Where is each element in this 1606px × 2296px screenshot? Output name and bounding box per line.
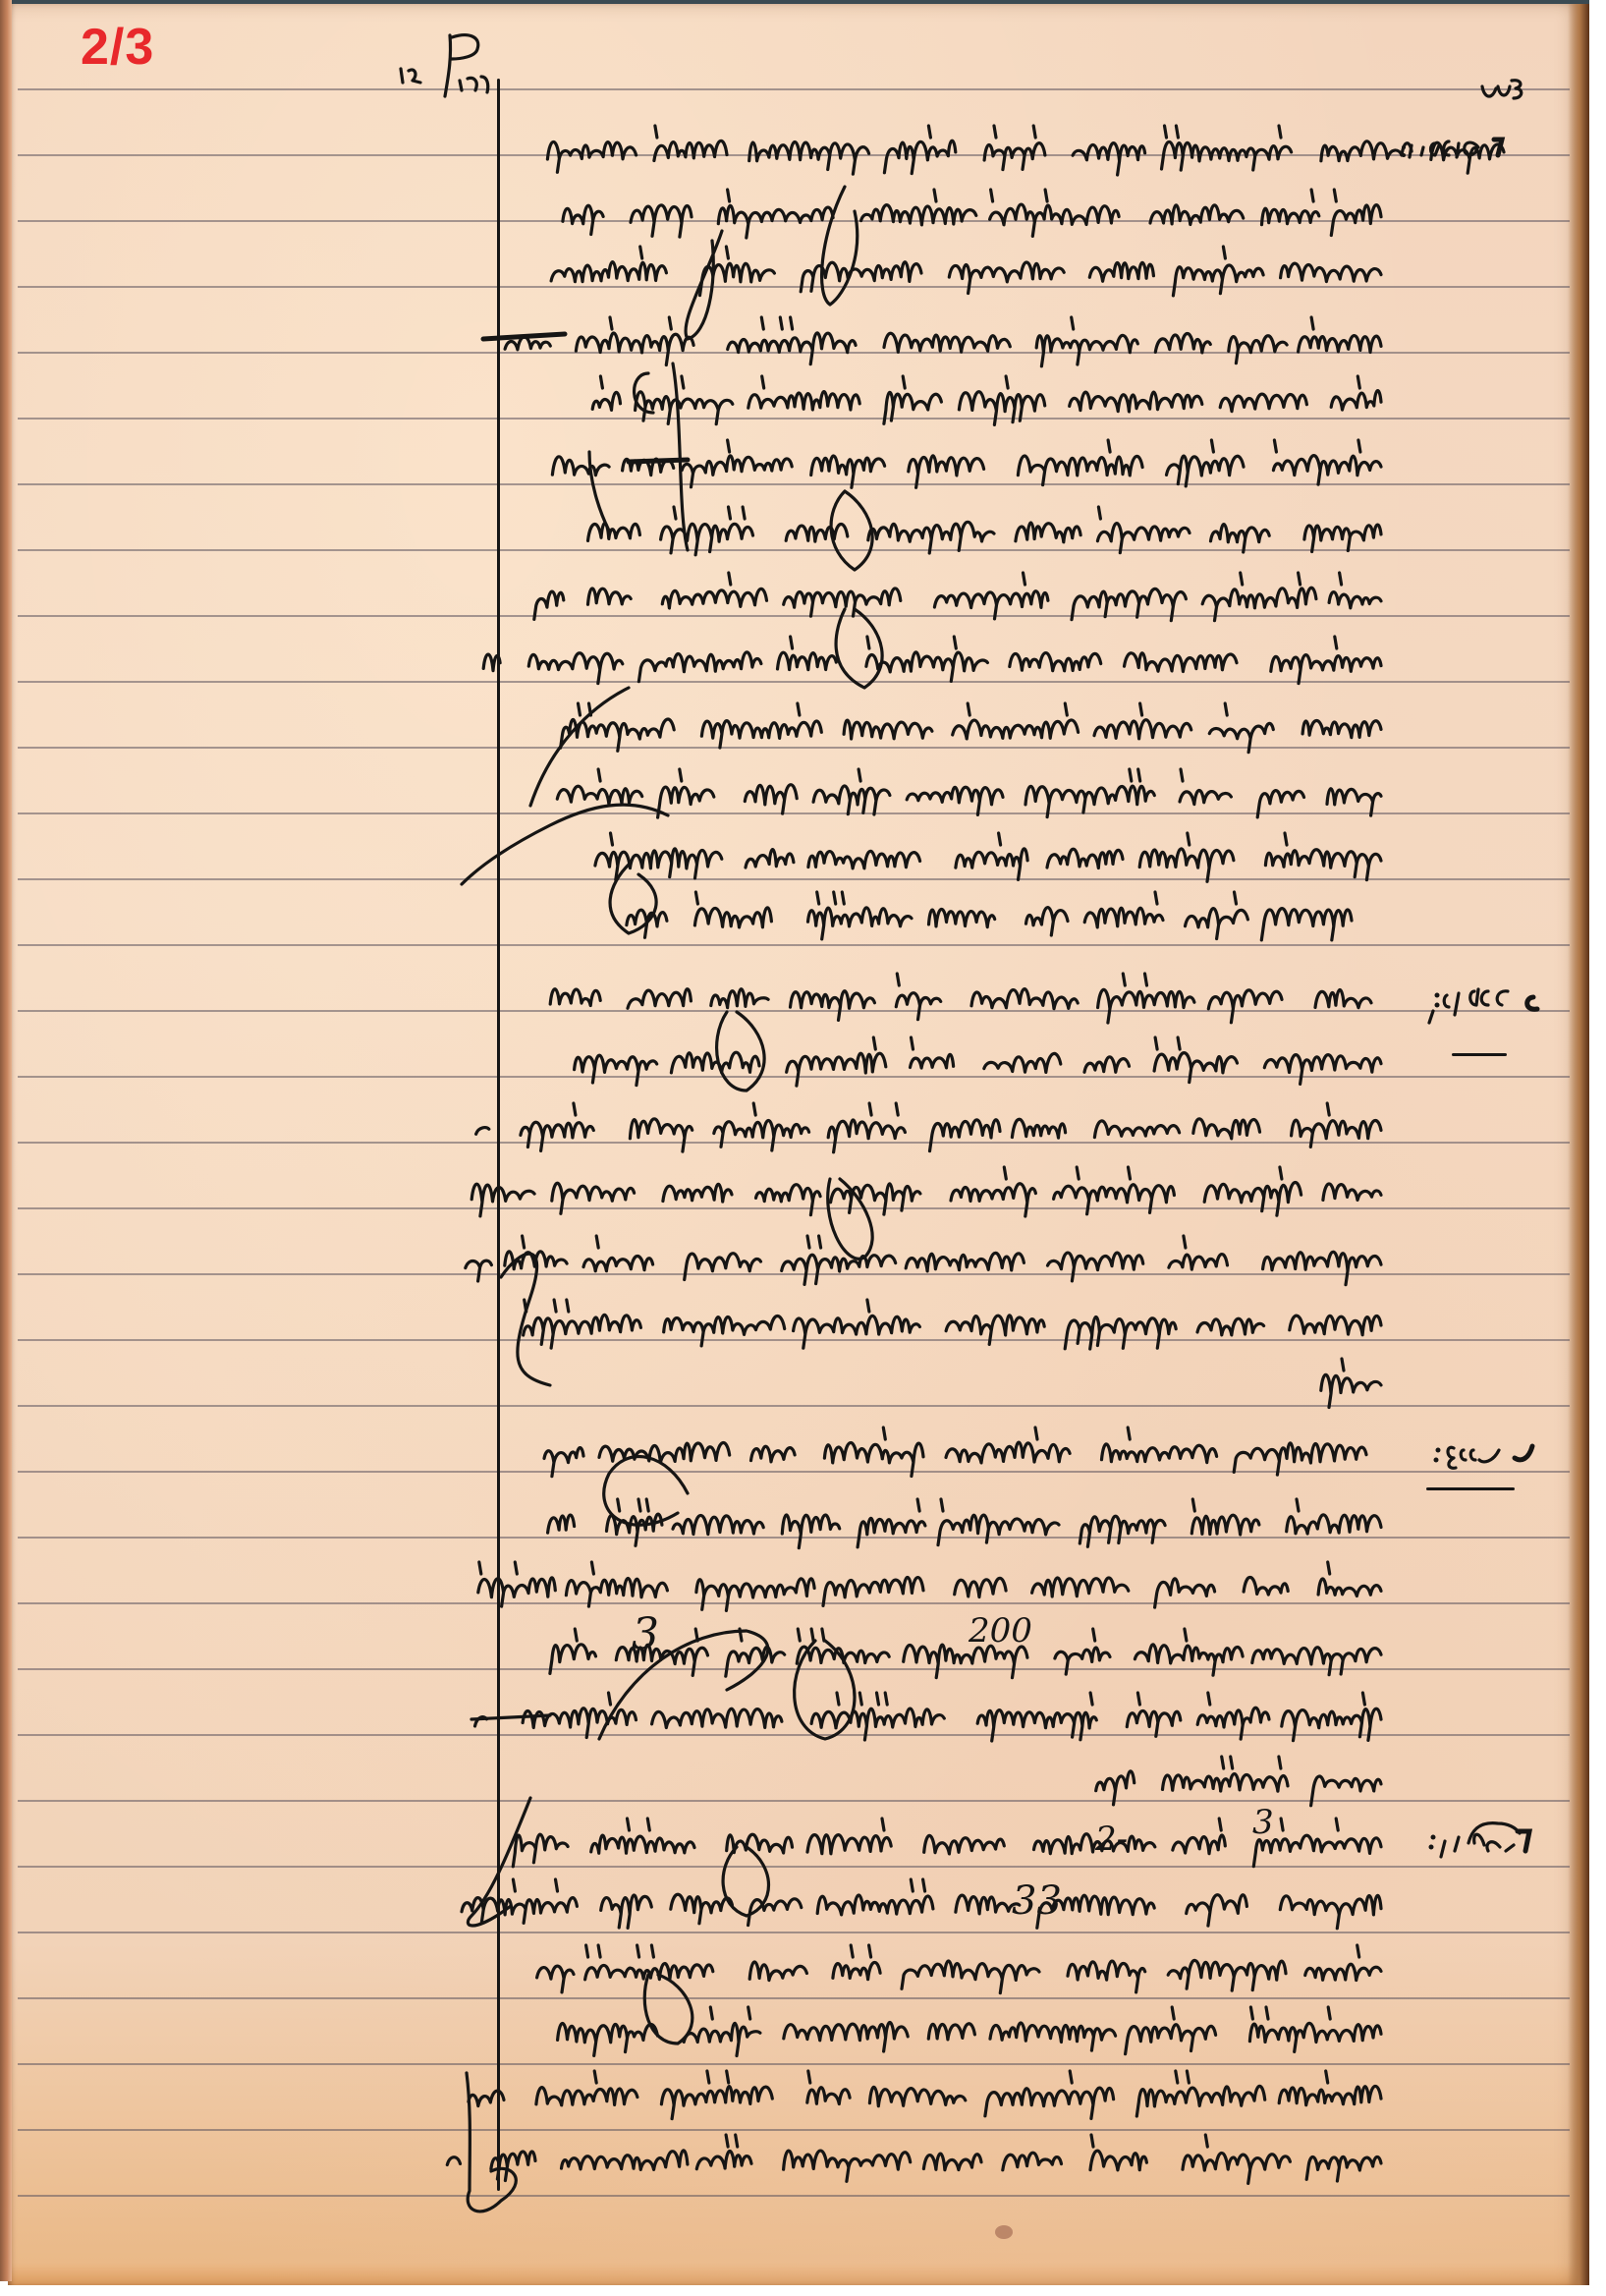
handwritten-line	[471, 1228, 1385, 1287]
numeral-2-in-text: 2-	[1095, 1820, 1128, 1859]
handwritten-line	[471, 1554, 1385, 1613]
paper-stain	[995, 2225, 1013, 2239]
handwritten-line	[471, 1159, 1385, 1218]
handwritten-line	[462, 1872, 1385, 1931]
handwritten-line	[570, 1030, 1385, 1089]
handwritten-line	[530, 1937, 1385, 1996]
page-left-binding	[0, 0, 12, 2281]
handwritten-line	[462, 2063, 1385, 2122]
handwritten-line	[550, 239, 1385, 298]
handwritten-line	[452, 2127, 1385, 2186]
handwritten-line	[501, 309, 1385, 368]
numeral-33-in-text: 33	[1012, 1878, 1062, 1924]
ruled-line	[18, 2195, 1570, 2197]
handwritten-line	[1090, 1749, 1385, 1808]
handwritten-line	[589, 825, 1385, 884]
handwritten-line	[550, 1491, 1385, 1550]
header-number-mark	[1478, 77, 1527, 106]
handwritten-line	[550, 1621, 1385, 1680]
handwritten-line	[550, 1999, 1385, 2058]
handwritten-line	[471, 1095, 1385, 1154]
section-3-margin-label	[1375, 1434, 1542, 1487]
ruled-line	[18, 944, 1570, 946]
numeral-3-in-text: 3	[632, 1609, 659, 1659]
handwritten-line	[530, 565, 1385, 624]
handwritten-line	[589, 368, 1385, 427]
handwritten-line	[560, 182, 1385, 241]
handwritten-line	[550, 761, 1385, 820]
numeral-200-in-text: 200	[969, 1611, 1032, 1651]
handwritten-line	[550, 118, 1508, 177]
handwritten-line	[550, 499, 1385, 558]
handwritten-line	[550, 696, 1385, 755]
handwritten-line	[1306, 1351, 1385, 1410]
handwritten-line	[501, 1292, 1385, 1351]
handwritten-line	[550, 966, 1375, 1025]
numeral-3-boxed-in-text: 3	[1252, 1803, 1274, 1842]
section-2-label-underline	[1452, 1053, 1507, 1056]
header-signature	[391, 29, 499, 98]
handwritten-line	[550, 432, 1385, 491]
section-3-label-underline	[1426, 1487, 1515, 1490]
handwritten-line	[471, 1685, 1385, 1744]
handwritten-line	[540, 1420, 1370, 1479]
page-marker: 2/3	[81, 18, 154, 77]
handwritten-line	[481, 629, 1385, 688]
page-right-edge-shadow	[1568, 4, 1589, 2285]
ruled-line	[18, 1932, 1570, 1933]
section-2-margin-label	[1400, 978, 1547, 1050]
section-4-margin-label	[1390, 1818, 1537, 1880]
handwritten-line	[589, 884, 1356, 943]
ruled-line	[18, 88, 1570, 90]
